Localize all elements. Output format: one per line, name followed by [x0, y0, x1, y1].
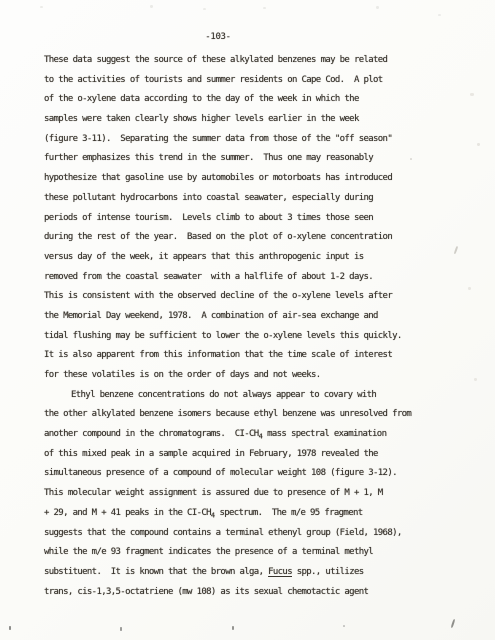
text-segment: substituent. It is known that the brown … — [44, 567, 268, 577]
text-line: This molecular weight assignment is assu… — [44, 484, 474, 504]
scan-speck — [470, 93, 474, 96]
text-line: trans, cis-1,3,5-octatriene (mw 108) as … — [44, 583, 474, 603]
text-segment: hypothesize that gasoline use by automob… — [44, 173, 392, 183]
text-segment: periods of intense tourism. Levels climb… — [44, 213, 373, 223]
text-segment: mass spectral examination — [262, 429, 386, 439]
scan-speck — [40, 6, 43, 8]
text-line: for these volatiles is on the order of d… — [44, 366, 474, 386]
text-segment: another compound in the chromatograms. C… — [44, 429, 259, 439]
text-segment: spectrum. The m/e 95 fragment — [215, 508, 363, 518]
text-line: the other alkylated benzene isomers beca… — [44, 405, 474, 425]
text-segment: Ethyl benzene concentrations do not alwa… — [71, 390, 376, 400]
text-segment: to the activities of tourists and summer… — [44, 75, 383, 85]
text-line: removed from the coastal seawater with a… — [44, 268, 474, 288]
text-segment: the Memorial Day weekend, 1978. A combin… — [44, 311, 378, 321]
text-segment: during the rest of the year. Based on th… — [44, 232, 392, 242]
page-number: -103- — [44, 32, 392, 42]
text-segment: (figure 3-11). Separating the summer dat… — [44, 134, 392, 144]
text-line: while the m/e 93 fragment indicates the … — [44, 543, 474, 563]
text-segment: further emphasizes this trend in the sum… — [44, 153, 373, 163]
scan-speck — [120, 627, 122, 631]
text-segment: + 29, and M + 41 peaks in the CI-CH — [44, 508, 211, 518]
text-line: versus day of the week, it appears that … — [44, 248, 474, 268]
scan-speck — [263, 7, 266, 9]
text-segment: removed from the coastal seawater with a… — [44, 272, 373, 282]
underlined-text: Fucus — [268, 567, 292, 577]
text-line: + 29, and M + 41 peaks in the CI-CH4 spe… — [44, 504, 474, 524]
text-segment: It is also apparent from this informatio… — [44, 350, 392, 360]
text-line: samples were taken clearly shows higher … — [44, 110, 474, 130]
text-line: of this mixed peak in a sample acquired … — [44, 445, 474, 465]
text-line: These data suggest the source of these a… — [44, 51, 474, 71]
text-line: of the o-xylene data according to the da… — [44, 90, 474, 110]
document-page: -103- These data suggest the source of t… — [0, 0, 495, 640]
document-text: These data suggest the source of these a… — [44, 51, 474, 602]
text-line: to the activities of tourists and summer… — [44, 71, 474, 91]
text-line: periods of intense tourism. Levels climb… — [44, 209, 474, 229]
scan-speck — [232, 626, 234, 630]
text-segment: This molecular weight assignment is assu… — [44, 488, 383, 498]
text-segment: while the m/e 93 fragment indicates the … — [44, 547, 373, 557]
scan-speck — [410, 158, 412, 160]
text-segment: these pollutant hydrocarbons into coasta… — [44, 193, 373, 203]
scan-speck — [477, 143, 480, 146]
text-segment: tidal flushing may be sufficient to lowe… — [44, 331, 402, 341]
text-segment: of this mixed peak in a sample acquired … — [44, 449, 378, 459]
scan-speck — [438, 14, 441, 16]
scan-speck — [451, 619, 456, 628]
text-line: simultaneous presence of a compound of m… — [44, 464, 474, 484]
text-segment: of the o-xylene data according to the da… — [44, 94, 359, 104]
text-line: during the rest of the year. Based on th… — [44, 228, 474, 248]
text-segment: These data suggest the source of these a… — [44, 55, 387, 65]
text-line: hypothesize that gasoline use by automob… — [44, 169, 474, 189]
text-segment: spp., utilizes — [292, 567, 364, 577]
scan-speck — [474, 378, 477, 381]
text-line: Ethyl benzene concentrations do not alwa… — [44, 386, 474, 406]
text-line: (figure 3-11). Separating the summer dat… — [44, 130, 474, 150]
text-segment: trans, cis-1,3,5-octatriene (mw 108) as … — [44, 587, 368, 597]
text-line: tidal flushing may be sufficient to lowe… — [44, 327, 474, 347]
text-segment: versus day of the week, it appears that … — [44, 252, 364, 262]
scan-speck — [376, 6, 379, 9]
scan-speck — [203, 8, 206, 10]
text-segment: suggests that the compound contains a te… — [44, 528, 402, 538]
text-line: substituent. It is known that the brown … — [44, 563, 474, 583]
text-line: another compound in the chromatograms. C… — [44, 425, 474, 445]
text-line: This is consistent with the observed dec… — [44, 287, 474, 307]
text-line: the Memorial Day weekend, 1978. A combin… — [44, 307, 474, 327]
scan-speck — [9, 626, 11, 630]
scan-speck — [468, 287, 471, 290]
scan-speck — [343, 625, 345, 627]
text-line: It is also apparent from this informatio… — [44, 346, 474, 366]
text-segment: samples were taken clearly shows higher … — [44, 114, 359, 124]
text-segment: simultaneous presence of a compound of m… — [44, 468, 397, 478]
text-line: these pollutant hydrocarbons into coasta… — [44, 189, 474, 209]
text-segment: This is consistent with the observed dec… — [44, 291, 392, 301]
text-segment: the other alkylated benzene isomers beca… — [44, 409, 411, 419]
scan-speck — [150, 5, 153, 8]
text-line: suggests that the compound contains a te… — [44, 524, 474, 544]
text-segment: for these volatiles is on the order of d… — [44, 370, 321, 380]
